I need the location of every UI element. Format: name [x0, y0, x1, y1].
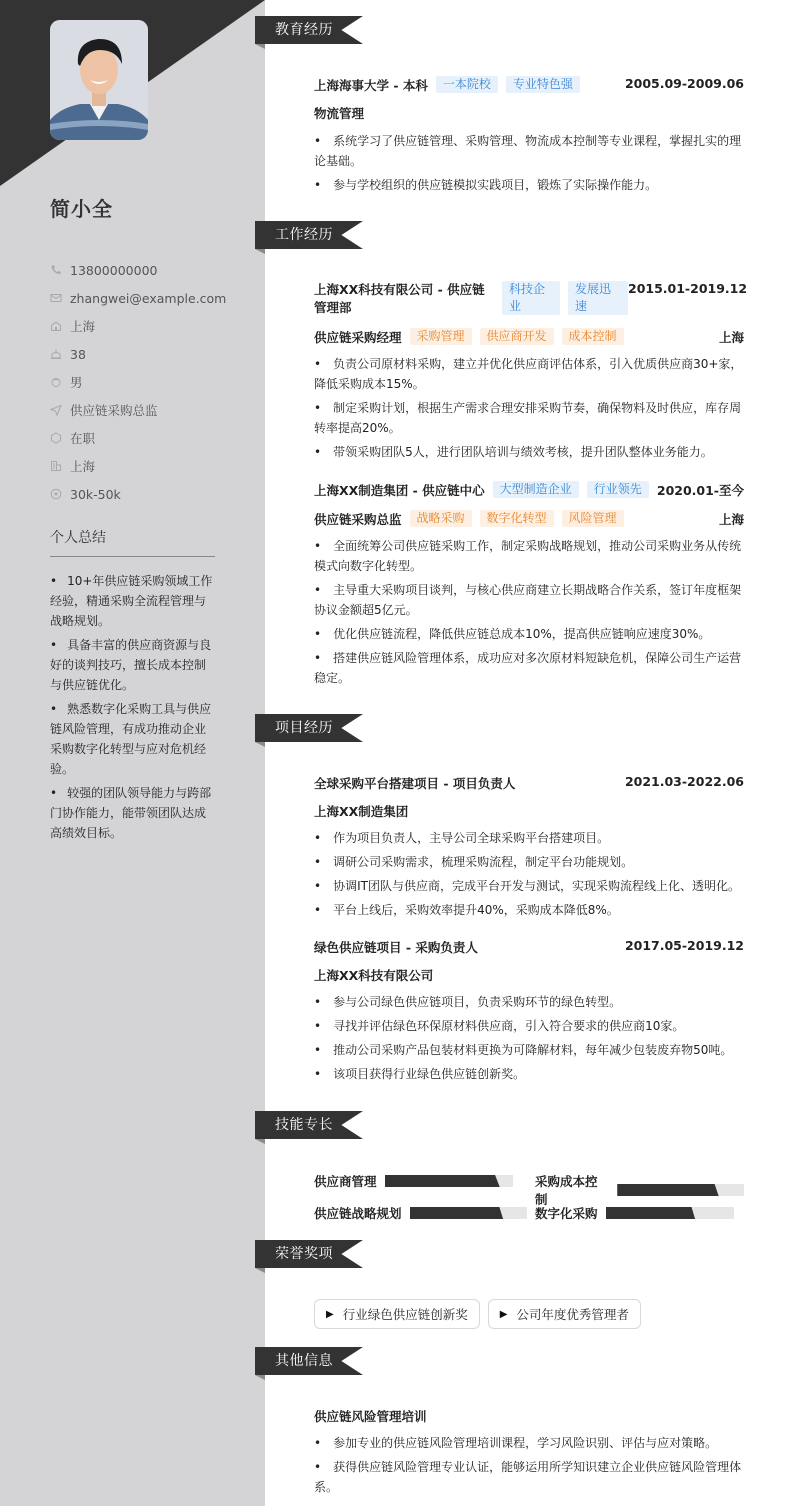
- bullet-item: 带领采购团队5人，进行团队培训与绩效考核，提升团队整体业务能力。: [314, 442, 744, 462]
- company-tag: 行业领先: [587, 481, 649, 498]
- contact-status-text: 在职: [70, 429, 95, 447]
- education-period: 2005.09-2009.06: [625, 76, 744, 91]
- contact-phone-text: 13800000000: [70, 263, 157, 278]
- salary-icon: [50, 488, 62, 500]
- contact-city: 上海: [50, 452, 250, 480]
- bullet-item: 主导重大采购项目谈判，与核心供应商建立长期战略合作关系，签订年度框架协议金额超5…: [314, 580, 744, 620]
- skill-bar-fill: [617, 1184, 718, 1196]
- personal-summary: 个人总结 10+年供应链采购领域工作经验，精通采购全流程管理与战略规划。 具备丰…: [50, 527, 215, 847]
- project-bullets: 参与公司绿色供应链项目，负责采购环节的绿色转型。 寻找并评估绿色环保原材料供应商…: [314, 992, 744, 1084]
- project-period: 2017.05-2019.12: [625, 938, 744, 953]
- role-tag: 供应商开发: [480, 328, 554, 345]
- bullet-item: 搭建供应链风险管理体系，成功应对多次原材料短缺危机，保障公司生产运营稳定。: [314, 648, 744, 688]
- bullet-item: 全面统筹公司供应链采购工作，制定采购战略规划，推动公司采购业务从传统模式向数字化…: [314, 536, 744, 576]
- mail-icon: [50, 292, 62, 304]
- contact-position: 供应链采购总监: [50, 396, 250, 424]
- skill-bar-fill: [385, 1175, 500, 1187]
- contact-email-text: zhangwei@example.com: [70, 291, 226, 306]
- role-tag: 风险管理: [562, 510, 624, 527]
- home-icon: [50, 320, 62, 332]
- company-tag: 大型制造企业: [493, 481, 579, 498]
- bullet-item: 推动公司采购产品包装材料更换为可降解材料，每年减少包装废弃物50吨。: [314, 1040, 744, 1060]
- project-org: 上海XX科技有限公司: [314, 966, 744, 984]
- work-location: 上海: [719, 510, 744, 528]
- project-org: 上海XX制造集团: [314, 802, 744, 820]
- contact-city-text: 上海: [70, 457, 95, 475]
- skill-item: 供应商管理: [314, 1172, 513, 1190]
- bullet-item: 负责公司原材料采购，建立并优化供应商评估体系，引入优质供应商30+家，降低采购成…: [314, 354, 744, 394]
- section-header-other: 其他信息: [255, 1347, 363, 1375]
- school-tag: 专业特色强: [506, 76, 580, 93]
- bullet-item: 优化供应链流程，降低供应链总成本10%，提高供应链响应速度30%。: [314, 624, 744, 644]
- avatar: [50, 20, 148, 140]
- company-tag: 发展迅速: [568, 281, 628, 315]
- contact-email: zhangwei@example.com: [50, 284, 250, 312]
- role-tag: 成本控制: [562, 328, 624, 345]
- school-tag: 一本院校: [436, 76, 498, 93]
- contact-status: 在职: [50, 424, 250, 452]
- section-title: 其他信息: [275, 1347, 333, 1375]
- bullet-item: 参与学校组织的供应链模拟实践项目，锻炼了实际操作能力。: [314, 175, 744, 195]
- bullet-item: 平台上线后，采购效率提升40%，采购成本降低8%。: [314, 900, 744, 920]
- project-title: 全球采购平台搭建项目 - 项目负责人: [314, 774, 515, 792]
- contact-age-text: 38: [70, 347, 86, 362]
- major: 物流管理: [314, 104, 744, 122]
- work-bullets: 负责公司原材料采购，建立并优化供应商评估体系，引入优质供应商30+家，降低采购成…: [314, 354, 744, 462]
- job-title: 供应链采购总监: [314, 510, 402, 528]
- skill-name: 采购成本控制: [535, 1172, 609, 1208]
- award-item: ▶ 公司年度优秀管理者: [488, 1299, 641, 1329]
- sidebar: 简小全 13800000000 zhangwei@example.com 上海 …: [0, 0, 265, 1506]
- award-name: 行业绿色供应链创新奖: [343, 1305, 468, 1323]
- section-title: 工作经历: [275, 221, 333, 249]
- work-period: 2015.01-2019.12: [628, 281, 747, 296]
- gender-icon: [50, 376, 62, 388]
- training-title: 供应链风险管理培训: [314, 1407, 744, 1425]
- play-triangle-icon: ▶: [326, 1309, 334, 1320]
- paper-plane-icon: [50, 404, 62, 416]
- other-entry: 供应链风险管理培训 参加专业的供应链风险管理培训课程，学习风险识别、评估与应对策…: [314, 1407, 744, 1501]
- summary-item: 较强的团队领导能力与跨部门协作能力，能带领团队达成高绩效目标。: [50, 783, 215, 843]
- contact-phone: 13800000000: [50, 256, 250, 284]
- company-name: 上海XX制造集团 - 供应链中心: [314, 481, 485, 499]
- play-triangle-icon: ▶: [500, 1309, 508, 1320]
- work-entry: 上海XX制造集团 - 供应链中心 大型制造企业 行业领先 2020.01-至今 …: [314, 481, 744, 692]
- section-header-skills: 技能专长: [255, 1111, 363, 1139]
- section-title: 技能专长: [275, 1111, 333, 1139]
- award-name: 公司年度优秀管理者: [516, 1305, 629, 1323]
- skill-bar: [617, 1184, 744, 1196]
- other-bullets: 参加专业的供应链风险管理培训课程，学习风险识别、评估与应对策略。 获得供应链风险…: [314, 1433, 744, 1497]
- skill-bar: [606, 1207, 734, 1219]
- summary-list: 10+年供应链采购领域工作经验，精通采购全流程管理与战略规划。 具备丰富的供应商…: [50, 571, 215, 843]
- contact-gender-text: 男: [70, 373, 83, 391]
- project-title: 绿色供应链项目 - 采购负责人: [314, 938, 478, 956]
- bullet-item: 寻找并评估绿色环保原材料供应商，引入符合要求的供应商10家。: [314, 1016, 744, 1036]
- contact-gender: 男: [50, 368, 250, 396]
- section-header-work: 工作经历: [255, 221, 363, 249]
- skill-item: 供应链战略规划: [314, 1204, 527, 1222]
- contact-position-text: 供应链采购总监: [70, 401, 158, 419]
- summary-title: 个人总结: [50, 527, 215, 557]
- section-header-education: 教育经历: [255, 16, 363, 44]
- skill-item: 数字化采购: [535, 1204, 734, 1222]
- project-bullets: 作为项目负责人，主导公司全球采购平台搭建项目。 调研公司采购需求，梳理采购流程，…: [314, 828, 744, 920]
- summary-item: 10+年供应链采购领域工作经验，精通采购全流程管理与战略规划。: [50, 571, 215, 631]
- bullet-item: 获得供应链风险管理专业认证，能够运用所学知识建立企业供应链风险管理体系。: [314, 1457, 744, 1497]
- bullet-item: 该项目获得行业绿色供应链创新奖。: [314, 1064, 744, 1084]
- company-tag: 科技企业: [502, 281, 560, 315]
- section-header-awards: 荣誉奖项: [255, 1240, 363, 1268]
- skill-name: 供应链战略规划: [314, 1204, 402, 1222]
- work-period: 2020.01-至今: [657, 481, 744, 499]
- skill-name: 数字化采购: [535, 1204, 598, 1222]
- bullet-item: 制定采购计划，根据生产需求合理安排采购节奏，确保物料及时供应，库存周转率提高20…: [314, 398, 744, 438]
- section-title: 荣誉奖项: [275, 1240, 333, 1268]
- skill-bar-fill: [410, 1207, 504, 1219]
- skill-item: 采购成本控制: [535, 1172, 744, 1208]
- work-bullets: 全面统筹公司供应链采购工作，制定采购战略规划，推动公司采购业务从传统模式向数字化…: [314, 536, 744, 688]
- contact-list: 13800000000 zhangwei@example.com 上海 38 男: [50, 256, 250, 508]
- project-entry: 绿色供应链项目 - 采购负责人 2017.05-2019.12 上海XX科技有限…: [314, 938, 744, 1088]
- section-title: 项目经历: [275, 714, 333, 742]
- bullet-item: 调研公司采购需求，梳理采购流程，制定平台功能规划。: [314, 852, 744, 872]
- contact-hometown-text: 上海: [70, 317, 95, 335]
- avatar-photo-icon: [50, 20, 148, 140]
- work-location: 上海: [719, 328, 744, 346]
- skill-name: 供应商管理: [314, 1172, 377, 1190]
- bullet-item: 参加专业的供应链风险管理培训课程，学习风险识别、评估与应对策略。: [314, 1433, 744, 1453]
- building-icon: [50, 460, 62, 472]
- candidate-name: 简小全: [50, 193, 113, 222]
- contact-hometown: 上海: [50, 312, 250, 340]
- cake-icon: [50, 348, 62, 360]
- role-tag: 采购管理: [410, 328, 472, 345]
- bullet-item: 作为项目负责人，主导公司全球采购平台搭建项目。: [314, 828, 744, 848]
- role-tag: 战略采购: [410, 510, 472, 527]
- bullet-item: 协调IT团队与供应商，完成平台开发与测试，实现采购流程线上化、透明化。: [314, 876, 744, 896]
- project-period: 2021.03-2022.06: [625, 774, 744, 789]
- awards-list: ▶ 行业绿色供应链创新奖 ▶ 公司年度优秀管理者: [314, 1299, 649, 1329]
- work-entry: 上海XX科技有限公司 - 供应链管理部 科技企业 发展迅速 2015.01-20…: [314, 281, 744, 466]
- skill-bar: [410, 1207, 527, 1219]
- phone-icon: [50, 264, 62, 276]
- summary-item: 具备丰富的供应商资源与良好的谈判技巧，擅长成本控制与供应链优化。: [50, 635, 215, 695]
- summary-item: 熟悉数字化采购工具与供应链风险管理，有成功推动企业采购数字化转型与应对危机经验。: [50, 699, 215, 779]
- school-name: 上海海事大学 - 本科: [314, 76, 428, 94]
- section-header-projects: 项目经历: [255, 714, 363, 742]
- skill-bar: [385, 1175, 513, 1187]
- section-title: 教育经历: [275, 16, 333, 44]
- job-title: 供应链采购经理: [314, 328, 402, 346]
- education-bullets: 系统学习了供应链管理、采购管理、物流成本控制等专业课程，掌握扎实的理论基础。 参…: [314, 131, 744, 195]
- status-icon: [50, 432, 62, 444]
- award-item: ▶ 行业绿色供应链创新奖: [314, 1299, 480, 1329]
- skill-bar-fill: [606, 1207, 696, 1219]
- role-tag: 数字化转型: [480, 510, 554, 527]
- contact-age: 38: [50, 340, 250, 368]
- bullet-item: 系统学习了供应链管理、采购管理、物流成本控制等专业课程，掌握扎实的理论基础。: [314, 131, 744, 171]
- education-entry: 上海海事大学 - 本科 一本院校 专业特色强 2005.09-2009.06 物…: [314, 76, 744, 199]
- bullet-item: 参与公司绿色供应链项目，负责采购环节的绿色转型。: [314, 992, 744, 1012]
- project-entry: 全球采购平台搭建项目 - 项目负责人 2021.03-2022.06 上海XX制…: [314, 774, 744, 924]
- contact-salary-text: 30k-50k: [70, 487, 121, 502]
- contact-salary: 30k-50k: [50, 480, 250, 508]
- company-name: 上海XX科技有限公司 - 供应链管理部: [314, 281, 496, 317]
